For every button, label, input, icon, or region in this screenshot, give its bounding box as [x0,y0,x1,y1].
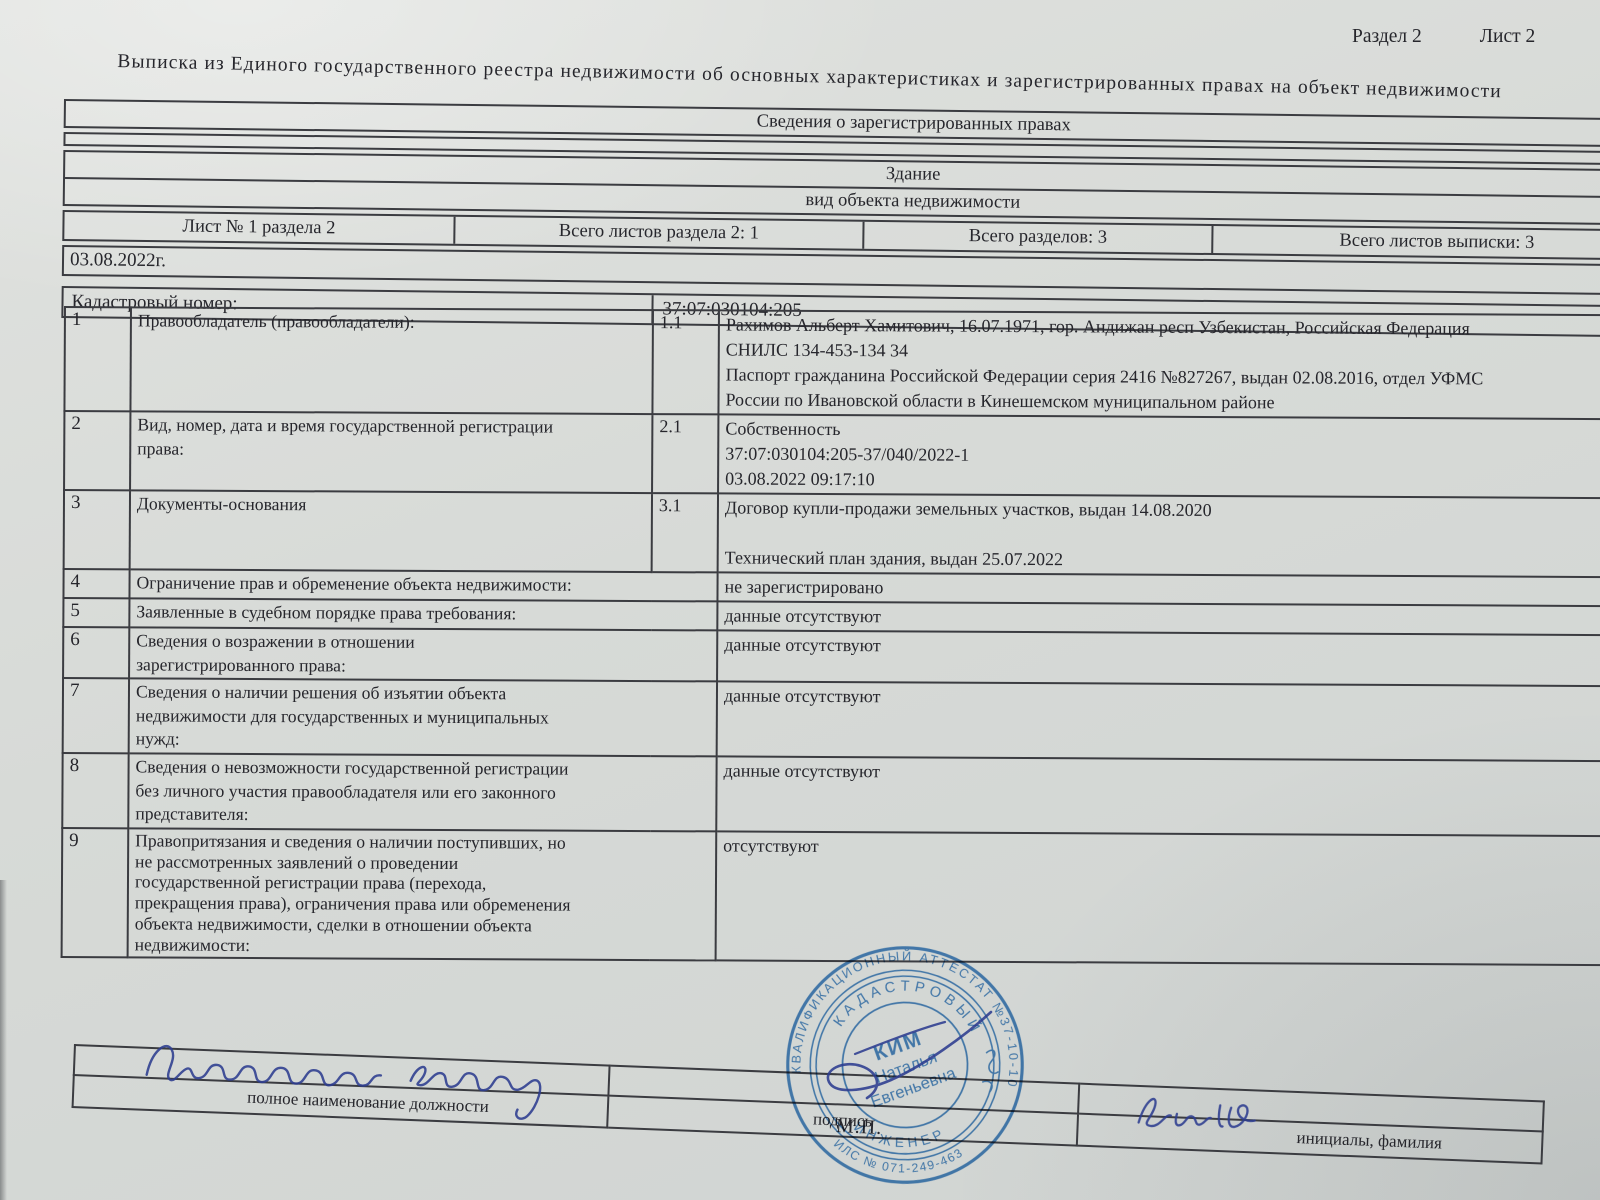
row-number: 9 [62,828,129,957]
photo-edge-shadow [0,880,7,1200]
label-line: недвижимости: [135,934,709,958]
table-row-2: 2 Вид, номер, дата и время государственн… [64,411,1600,499]
page-title: Выписка из Единого государственного реес… [70,50,1550,104]
row-number: 6 [63,627,129,679]
handwritten-position-signature [133,1016,567,1127]
label-line: представителя: [135,803,709,830]
value-line: данные отсутствуют [724,603,1600,633]
row-number: 4 [63,569,129,598]
totals-sections-cell: Всего разделов: 3 [862,222,1211,253]
label-line: прекращения права), ограничения права ил… [135,893,709,917]
scanned-egrn-extract: { "page": { "section_label": "Раздел 2",… [0,0,1600,1200]
value-line: 03.08.2022 09:17:10 [725,466,1600,496]
row-value: данные отсутствуют [717,630,1600,687]
value-line: Технический план здания, выдан 25.07.202… [725,545,1600,575]
totals-section2-cell: Всего листов раздела 2: 1 [453,217,862,249]
label-line: Ограничение прав и обременение объекта н… [136,571,710,598]
table-row-1: 1 Правообладатель (правообладатели): 1.1… [64,307,1600,420]
row-number: 8 [62,753,128,828]
label-line: Вид, номер, дата и время государственной… [137,413,645,439]
totals-extract-cell: Всего листов выписки: 3 [1211,226,1600,260]
row-value: Договор купли-продажи земельных участков… [718,493,1600,578]
handwritten-signature-over-stamp [795,1000,1005,1115]
row-label: Вид, номер, дата и время государственной… [130,411,652,493]
table-row-8: 8 Сведения о невозможности государственн… [62,753,1600,837]
row-label: Ограничение прав и обременение объекта н… [129,569,717,601]
row-subnumber: 1.1 [652,310,719,414]
label-line: объекта недвижимости, сделки в отношении… [135,913,709,937]
header-block: Сведения о зарегистрированных правах Зда… [61,99,1600,339]
value-line: данные отсутствуют [724,684,1600,714]
row-value: данные отсутствуют [717,682,1600,762]
label-line: недвижимости для государственных и муниц… [136,704,710,731]
label-line: зарегистрированного права: [136,653,710,680]
label-line: Сведения о невозможности государственной… [136,755,710,782]
row-number: 3 [64,490,130,569]
sheet-info-cell: Лист № 1 раздела 2 [64,212,453,244]
row-number: 1 [64,307,131,411]
row-value: Собственность 37:07:030104:205-37/040/20… [718,414,1600,499]
corner-labels: Раздел 2 Лист 2 [1352,26,1535,48]
label-line: права: [137,437,645,463]
value-line: данные отсутствуют [724,632,1600,662]
rights-table: 1 Правообладатель (правообладатели): 1.1… [61,306,1600,967]
row-label: Сведения о наличии решения об изъятии об… [129,679,717,757]
row-value: данные отсутствуют [716,756,1600,836]
section-label: Раздел 2 [1352,26,1422,48]
row-number: 7 [63,678,129,753]
row-subnumber: 3.1 [652,493,718,572]
row-label: Сведения о невозможности государственной… [128,753,716,831]
label-line: государственной регистрации права (перех… [135,872,709,896]
row-subnumber: 2.1 [652,414,718,493]
table-row-3: 3 Документы-основания 3.1 Договор купли-… [64,490,1600,578]
label-line: Правопритязания и сведения о наличии пос… [135,830,709,854]
label-line: не рассмотренных заявлений о проведении [135,851,709,875]
label-line: Сведения о возражении в отношении [136,629,710,656]
label-line: Сведения о наличии решения об изъятии об… [136,681,710,708]
value-line: не зарегистрировано [724,574,1600,604]
label-line: Правообладатель (правообладатели): [138,309,646,335]
label-line: нужд: [136,728,710,755]
value-line: отсутствуют [723,833,1600,863]
handwritten-initials-signature [1124,1080,1296,1146]
label-line: Документы-основания [137,492,645,518]
value-line: России по Ивановской области в Кинешемск… [725,387,1600,417]
value-line: данные отсутствуют [724,758,1600,788]
row-number: 2 [64,411,130,490]
table-row-6: 6 Сведения о возражении в отношении заре… [63,627,1600,687]
row-value: Рахимов Альберт Хамитович, 16.07.1971, г… [718,310,1600,420]
table-row-7: 7 Сведения о наличии решения об изъятии … [63,678,1600,762]
sheet-label: Лист 2 [1480,26,1535,48]
label-line: Заявленные в судебном порядке права треб… [136,600,710,627]
row-label: Заявленные в судебном порядке права треб… [129,598,717,630]
label-line: без личного участия правообладателя или … [135,779,709,806]
row-label: Сведения о возражении в отношении зареги… [129,627,717,681]
main-table-wrap: 1 Правообладатель (правообладатели): 1.1… [61,306,1600,967]
row-number: 5 [63,598,129,627]
row-label: Правообладатель (правообладатели): [130,307,653,414]
row-label: Правопритязания и сведения о наличии пос… [128,828,717,960]
row-label: Документы-основания [130,490,652,572]
